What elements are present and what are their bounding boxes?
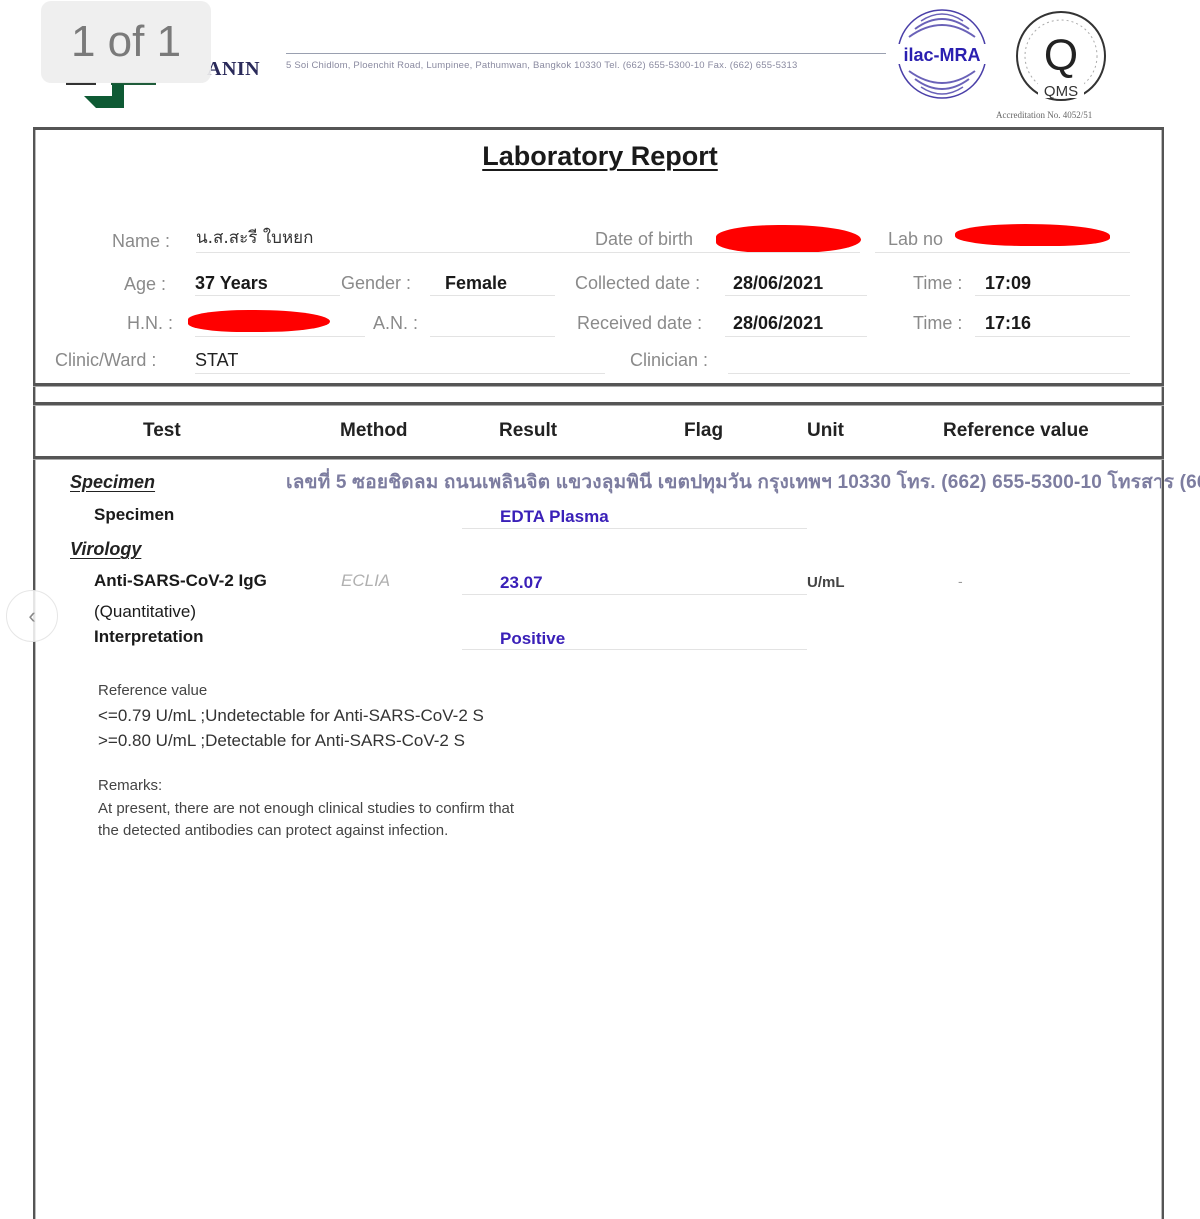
reference-note-line: <=0.79 U/mL ;Undetectable for Anti-SARS-…: [98, 706, 484, 726]
result-value: EDTA Plasma: [500, 507, 609, 527]
test-name-subtitle: (Quantitative): [94, 602, 196, 622]
received-date-label: Received date :: [577, 313, 702, 334]
chevron-left-icon: ‹: [28, 603, 35, 629]
an-label: A.N. :: [373, 313, 418, 334]
accreditation-number: Accreditation No. 4052/51: [996, 110, 1092, 120]
age-value: 37 Years: [195, 273, 268, 294]
address-english: 5 Soi Chidlom, Ploenchit Road, Lumpinee,…: [286, 60, 886, 71]
reference-note-line: >=0.80 U/mL ;Detectable for Anti-SARS-Co…: [98, 731, 465, 751]
collected-date-value: 28/06/2021: [733, 273, 823, 294]
name-label: Name :: [112, 231, 170, 252]
hn-label: H.N. :: [127, 313, 173, 334]
ilac-mra-logo-icon: ilac-MRA: [895, 7, 989, 101]
dob-label: Date of birth: [595, 229, 693, 250]
hospital-name: ANIN: [207, 58, 260, 81]
address-divider: [286, 53, 886, 54]
divider-top: [33, 383, 1164, 386]
svg-text:ilac-MRA: ilac-MRA: [903, 45, 980, 65]
qms-certification-logo-icon: Q QMS: [1012, 10, 1110, 104]
result-value: Positive: [500, 629, 565, 649]
test-name: Interpretation: [94, 627, 204, 647]
result-value: 23.07: [500, 573, 543, 593]
svg-text:QMS: QMS: [1044, 83, 1078, 100]
report-title: Laboratory Report: [0, 141, 1200, 172]
dob-redaction: [716, 225, 861, 253]
column-header-reference: Reference value: [943, 420, 1089, 442]
received-time-value: 17:16: [985, 313, 1031, 334]
section-heading-virology: Virology: [70, 539, 141, 560]
gender-value: Female: [445, 273, 507, 294]
address-block: เลขที่ 5 ซอยชิดลม ถนนเพลินจิต แขวงลุมพิน…: [286, 47, 886, 71]
remarks-title: Remarks:: [98, 777, 162, 794]
gender-label: Gender :: [341, 273, 411, 294]
received-time-label: Time :: [913, 313, 962, 334]
clinic-ward-label: Clinic/Ward :: [55, 350, 156, 371]
page-counter: 1 of 1: [41, 1, 211, 83]
column-header-result: Result: [499, 420, 557, 442]
collected-time-label: Time :: [913, 273, 962, 294]
column-header-unit: Unit: [807, 420, 844, 442]
section-heading-specimen: Specimen: [70, 472, 155, 493]
lab-no-redaction: [955, 224, 1110, 246]
hospital-logo-icon: [66, 82, 156, 116]
clinician-label: Clinician :: [630, 350, 708, 371]
reference-value: -: [958, 573, 963, 589]
remarks-line: the detected antibodies can protect agai…: [98, 822, 448, 839]
remarks-line: At present, there are not enough clinica…: [98, 800, 514, 817]
age-label: Age :: [124, 274, 166, 295]
column-header-method: Method: [340, 420, 408, 442]
collected-date-label: Collected date :: [575, 273, 700, 294]
test-name: Specimen: [94, 505, 174, 525]
patient-name: น.ส.สะรี ใบหยก: [196, 224, 313, 251]
hn-redaction: [188, 310, 330, 332]
svg-text:Q: Q: [1044, 31, 1078, 80]
received-date-value: 28/06/2021: [733, 313, 823, 334]
reference-note-title: Reference value: [98, 682, 207, 699]
method-value: ECLIA: [341, 571, 390, 591]
column-header-test: Test: [143, 420, 181, 442]
divider-header-bottom: [33, 456, 1164, 459]
lab-no-label: Lab no: [888, 229, 943, 250]
clinic-ward-value: STAT: [195, 350, 238, 371]
previous-page-button[interactable]: ‹: [6, 590, 58, 642]
divider-header-top: [33, 402, 1164, 405]
unit-value: U/mL: [807, 574, 845, 591]
column-header-flag: Flag: [684, 420, 723, 442]
collected-time-value: 17:09: [985, 273, 1031, 294]
test-name: Anti-SARS-CoV-2 IgG: [94, 571, 267, 591]
